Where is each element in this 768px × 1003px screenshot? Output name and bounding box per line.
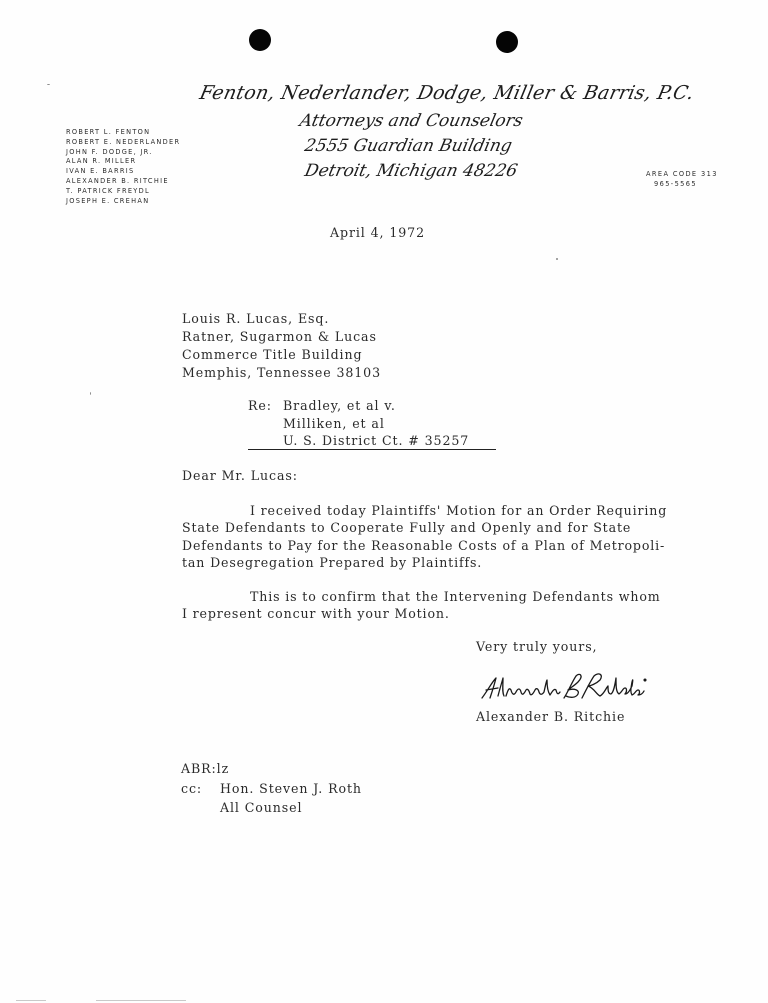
addressee-line: Memphis, Tennessee 38103: [182, 364, 381, 382]
body-paragraph: This is to confirm that the Intervening …: [182, 588, 692, 623]
re-underline: [248, 449, 496, 450]
partner-name: ALAN R. MILLER: [66, 157, 180, 167]
re-line: Milliken, et al: [283, 415, 385, 433]
punch-hole-left: [249, 29, 271, 51]
partner-list: ROBERT L. FENTON ROBERT E. NEDERLANDER J…: [66, 128, 180, 206]
partner-name: JOSEPH E. CREHAN: [66, 197, 180, 207]
salutation: Dear Mr. Lucas:: [182, 468, 298, 483]
subject-reference: Re: Bradley, et al v. Milliken, et al U.…: [248, 397, 496, 450]
re-label: Re:: [248, 397, 283, 415]
re-line: U. S. District Ct. # 35257: [283, 432, 469, 450]
reference-and-cc: ABR:lz cc: Hon. Steven J. Roth All Couns…: [181, 759, 362, 818]
letter-page: Fenton, Nederlander, Dodge, Miller & Bar…: [0, 0, 768, 1003]
scan-speck: [47, 84, 50, 85]
addressee-line: Ratner, Sugarmon & Lucas: [182, 328, 381, 346]
scan-speck: [90, 392, 91, 395]
paragraph-line: This is to confirm that the Intervening …: [182, 588, 692, 605]
re-line: Bradley, et al v.: [283, 397, 396, 415]
paragraph-line: I received today Plaintiffs' Motion for …: [182, 502, 692, 519]
phone-number: 965-5565: [646, 179, 718, 189]
cc-recipient: All Counsel: [181, 798, 362, 818]
area-code: AREA CODE 313: [646, 169, 718, 179]
partner-name: T. PATRICK FREYDL: [66, 187, 180, 197]
body-paragraph: I received today Plaintiffs' Motion for …: [182, 502, 692, 572]
addressee-line: Commerce Title Building: [182, 346, 381, 364]
partner-name: JOHN F. DODGE, JR.: [66, 148, 180, 158]
partner-name: IVAN E. BARRIS: [66, 167, 180, 177]
cc-recipient: Hon. Steven J. Roth: [220, 779, 362, 799]
contact-phone: AREA CODE 313 965-5565: [646, 169, 718, 189]
cc-label: cc:: [181, 779, 220, 799]
addressee-block: Louis R. Lucas, Esq. Ratner, Sugarmon & …: [182, 310, 381, 382]
partner-name: ROBERT L. FENTON: [66, 128, 180, 138]
paragraph-line: Defendants to Pay for the Reasonable Cos…: [182, 537, 692, 554]
signer-name: Alexander B. Ritchie: [476, 709, 625, 724]
scan-edge: [0, 1000, 768, 1002]
handwritten-signature: [478, 668, 648, 706]
letter-date: April 4, 1972: [330, 225, 425, 240]
firm-city: Detroit, Michigan 48226: [303, 161, 519, 181]
paragraph-line: tan Desegregation Prepared by Plaintiffs…: [182, 554, 692, 571]
firm-address: 2555 Guardian Building: [303, 136, 514, 156]
firm-subtitle: Attorneys and Counselors: [298, 111, 525, 131]
paragraph-line: State Defendants to Cooperate Fully and …: [182, 519, 692, 536]
reference-initials: ABR:lz: [181, 759, 362, 779]
scan-speck: [556, 258, 558, 260]
partner-name: ALEXANDER B. RITCHIE: [66, 177, 180, 187]
punch-hole-right: [496, 31, 518, 53]
addressee-line: Louis R. Lucas, Esq.: [182, 310, 381, 328]
firm-name: Fenton, Nederlander, Dodge, Miller & Bar…: [198, 82, 696, 104]
partner-name: ROBERT E. NEDERLANDER: [66, 138, 180, 148]
closing: Very truly yours,: [476, 639, 597, 654]
paragraph-line: I represent concur with your Motion.: [182, 605, 692, 622]
